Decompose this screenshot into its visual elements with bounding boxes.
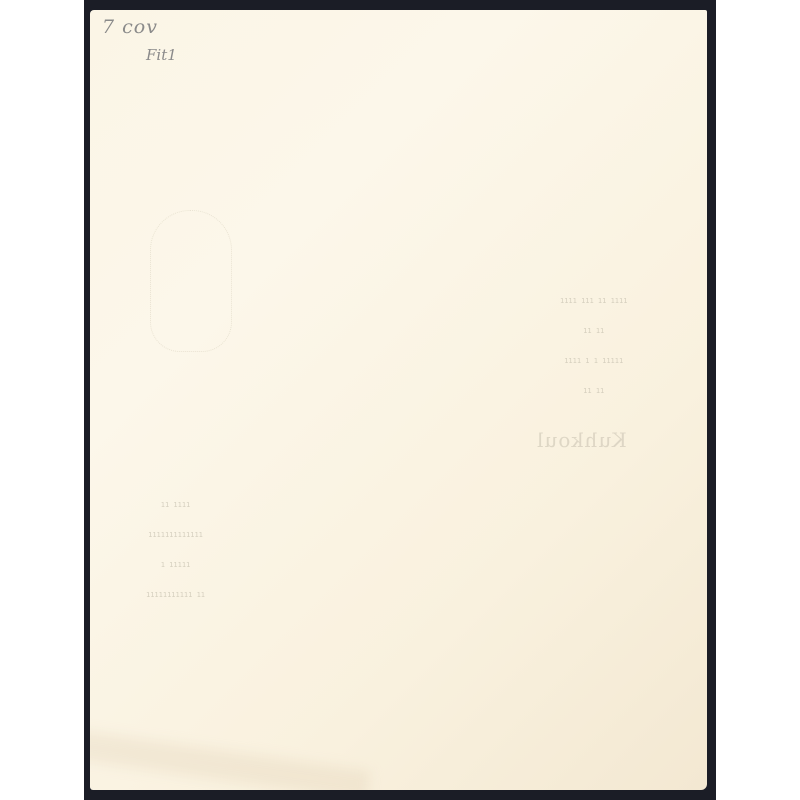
bleed-line: 11 11: [560, 386, 627, 396]
bleed-through-stamp-right: 1111 111 11 1111 11 11 1111 1 1 11111 11…: [560, 276, 627, 416]
bleed-through-signature: Kuhkoul: [536, 428, 627, 452]
bleed-line: 11 1111: [146, 500, 205, 510]
bleed-line: 1 11111: [146, 560, 205, 570]
bleed-line: 11111111111 11: [146, 590, 205, 600]
paper-sheet: 7 cov Fit1 1111 111 11 1111 11 11 1111 1…: [90, 10, 707, 790]
bleed-line: 1111 1 1 11111: [560, 356, 627, 366]
bleed-line: 11 11: [560, 326, 627, 336]
bleed-through-stamp-left: 11 1111 1111111111111 1 11111 1111111111…: [146, 480, 205, 620]
bleed-line: 1111 111 11 1111: [560, 296, 627, 306]
paper-crease: [90, 729, 371, 790]
handwritten-note-top: 7 cov: [102, 16, 158, 38]
handwritten-note-second: Fit1: [146, 46, 177, 64]
bleed-line: 1111111111111: [146, 530, 205, 540]
seal-bleed-through: [150, 210, 232, 352]
